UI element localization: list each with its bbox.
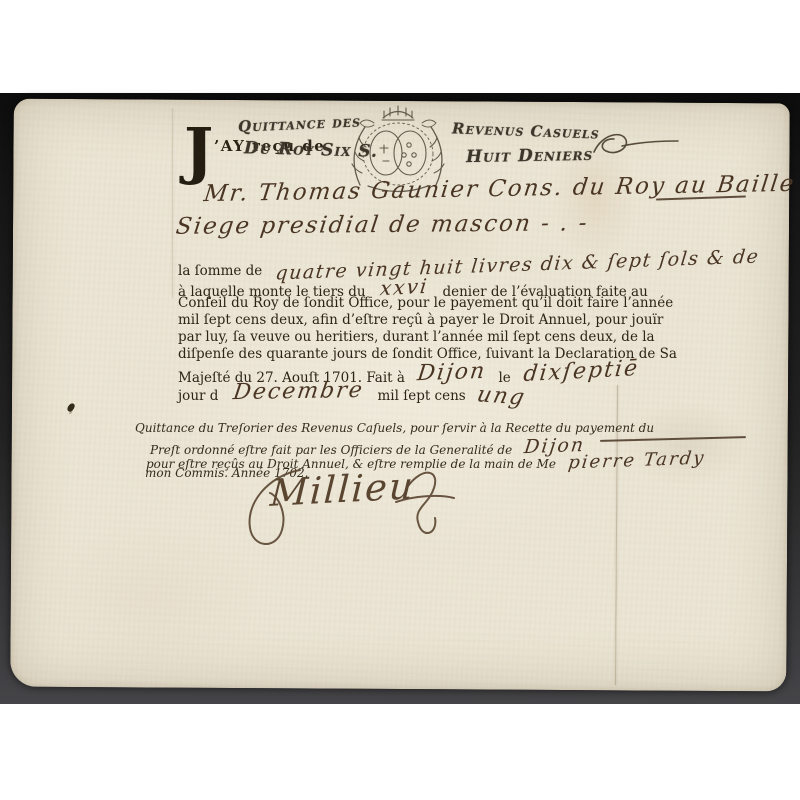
clerk-paraph-flourish	[588, 128, 683, 164]
drop-cap-J: J	[184, 120, 213, 182]
footer-line-1: Quittance du Treſorier des Revenus Caſue…	[135, 421, 654, 435]
handwritten-day: dixſeptiē	[522, 356, 640, 387]
handwritten-commis-name: pierre Tardy	[567, 448, 707, 474]
document-photo-page: J ’AY reçu de Quittance des Du Roy Six S…	[0, 0, 800, 800]
body-line-3: Conſeil du Roy de ſondit Office, pour le…	[178, 295, 673, 311]
body-line-5: par luy, ſa veuve ou heritiers, durant l…	[178, 329, 655, 345]
body-line-4: mil ſept cens deux, afin d’eſtre reçû à …	[178, 312, 663, 328]
body-line-8-mid: mil ſept cens	[377, 388, 465, 404]
handwritten-month: Decembre	[231, 378, 365, 405]
body-line-8: jour d Decembre mil ſept cens ung	[178, 381, 526, 406]
body-line-8-pre: jour d	[178, 388, 218, 404]
signature-name: Millieu	[269, 464, 416, 515]
handwritten-year-word: ung	[475, 382, 529, 410]
stamp-text-huit-deniers: Huit Deniers	[466, 145, 594, 167]
fold-crease-left	[172, 108, 173, 298]
handwritten-recipient-line2: Siege presidial de mascon ‑ . ‑	[174, 210, 590, 240]
